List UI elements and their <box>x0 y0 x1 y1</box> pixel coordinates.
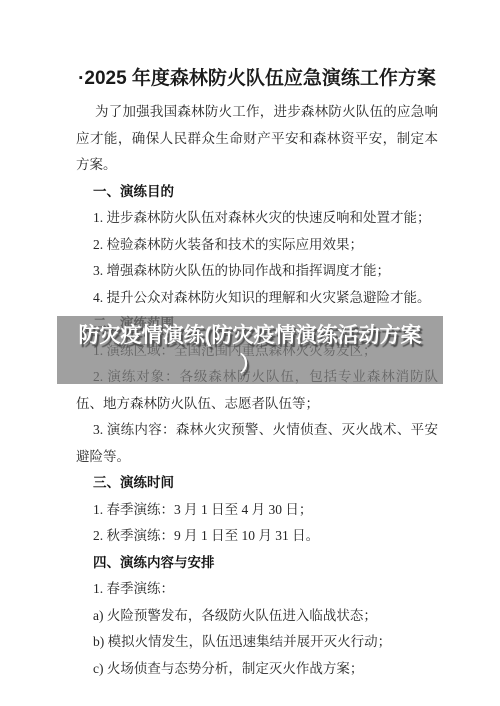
doc-list-item: 1. 春季演练： <box>76 576 438 603</box>
watermark-title-line2: ） <box>240 351 261 379</box>
doc-list-item: 3. 演练内容：森林火灾预警、火情侦查、灭火战术、平安避险等。 <box>76 417 438 470</box>
doc-list-item: c) 火场侦查与态势分析，制定灭火作战方案； <box>76 656 438 683</box>
doc-list-item: 1. 进步森林防火队伍对森林火灾的快速反响和处置才能； <box>76 205 438 232</box>
doc-list-item: b) 模拟火情发生，队伍迅速集结并展开灭火行动； <box>76 629 438 656</box>
section-heading-content: 四、演练内容与安排 <box>76 550 438 577</box>
watermark-banner: 防灾疫情演练(防灾疫情演练活动方案 ） <box>57 316 443 384</box>
intro-paragraph: 为了加强我国森林防火工作，进步森林防火队伍的应急响应才能，确保人民群众生命财产平… <box>76 99 438 179</box>
doc-list-item: 1. 春季演练：3 月 1 日至 4 月 30 日； <box>76 497 438 524</box>
section-heading-time: 三、演练时间 <box>76 470 438 497</box>
doc-list-item: 3. 增强森林防火队伍的协同作战和指挥调度才能； <box>76 258 438 285</box>
watermark-title-line1: 防灾疫情演练(防灾疫情演练活动方案 <box>79 321 422 351</box>
section-heading-purpose: 一、演练目的 <box>76 179 438 206</box>
doc-list-item: 2. 检验森林防火装备和技术的实际应用效果； <box>76 232 438 259</box>
doc-list-item: 2. 秋季演练：9 月 1 日至 10 月 31 日。 <box>76 523 438 550</box>
document-page: ·2025 年度森林防火队伍应急演练工作方案 为了加强我国森林防火工作，进步森林… <box>0 0 500 706</box>
doc-list-item: 4. 提升公众对森林防火知识的理解和火灾紧急避险才能。 <box>76 285 438 312</box>
document-title: ·2025 年度森林防火队伍应急演练工作方案 <box>68 64 446 94</box>
doc-list-item: a) 火险预警发布，各级防火队伍进入临战状态； <box>76 603 438 630</box>
document-body: 为了加强我国森林防火工作，进步森林防火队伍的应急响应才能，确保人民群众生命财产平… <box>0 99 500 682</box>
